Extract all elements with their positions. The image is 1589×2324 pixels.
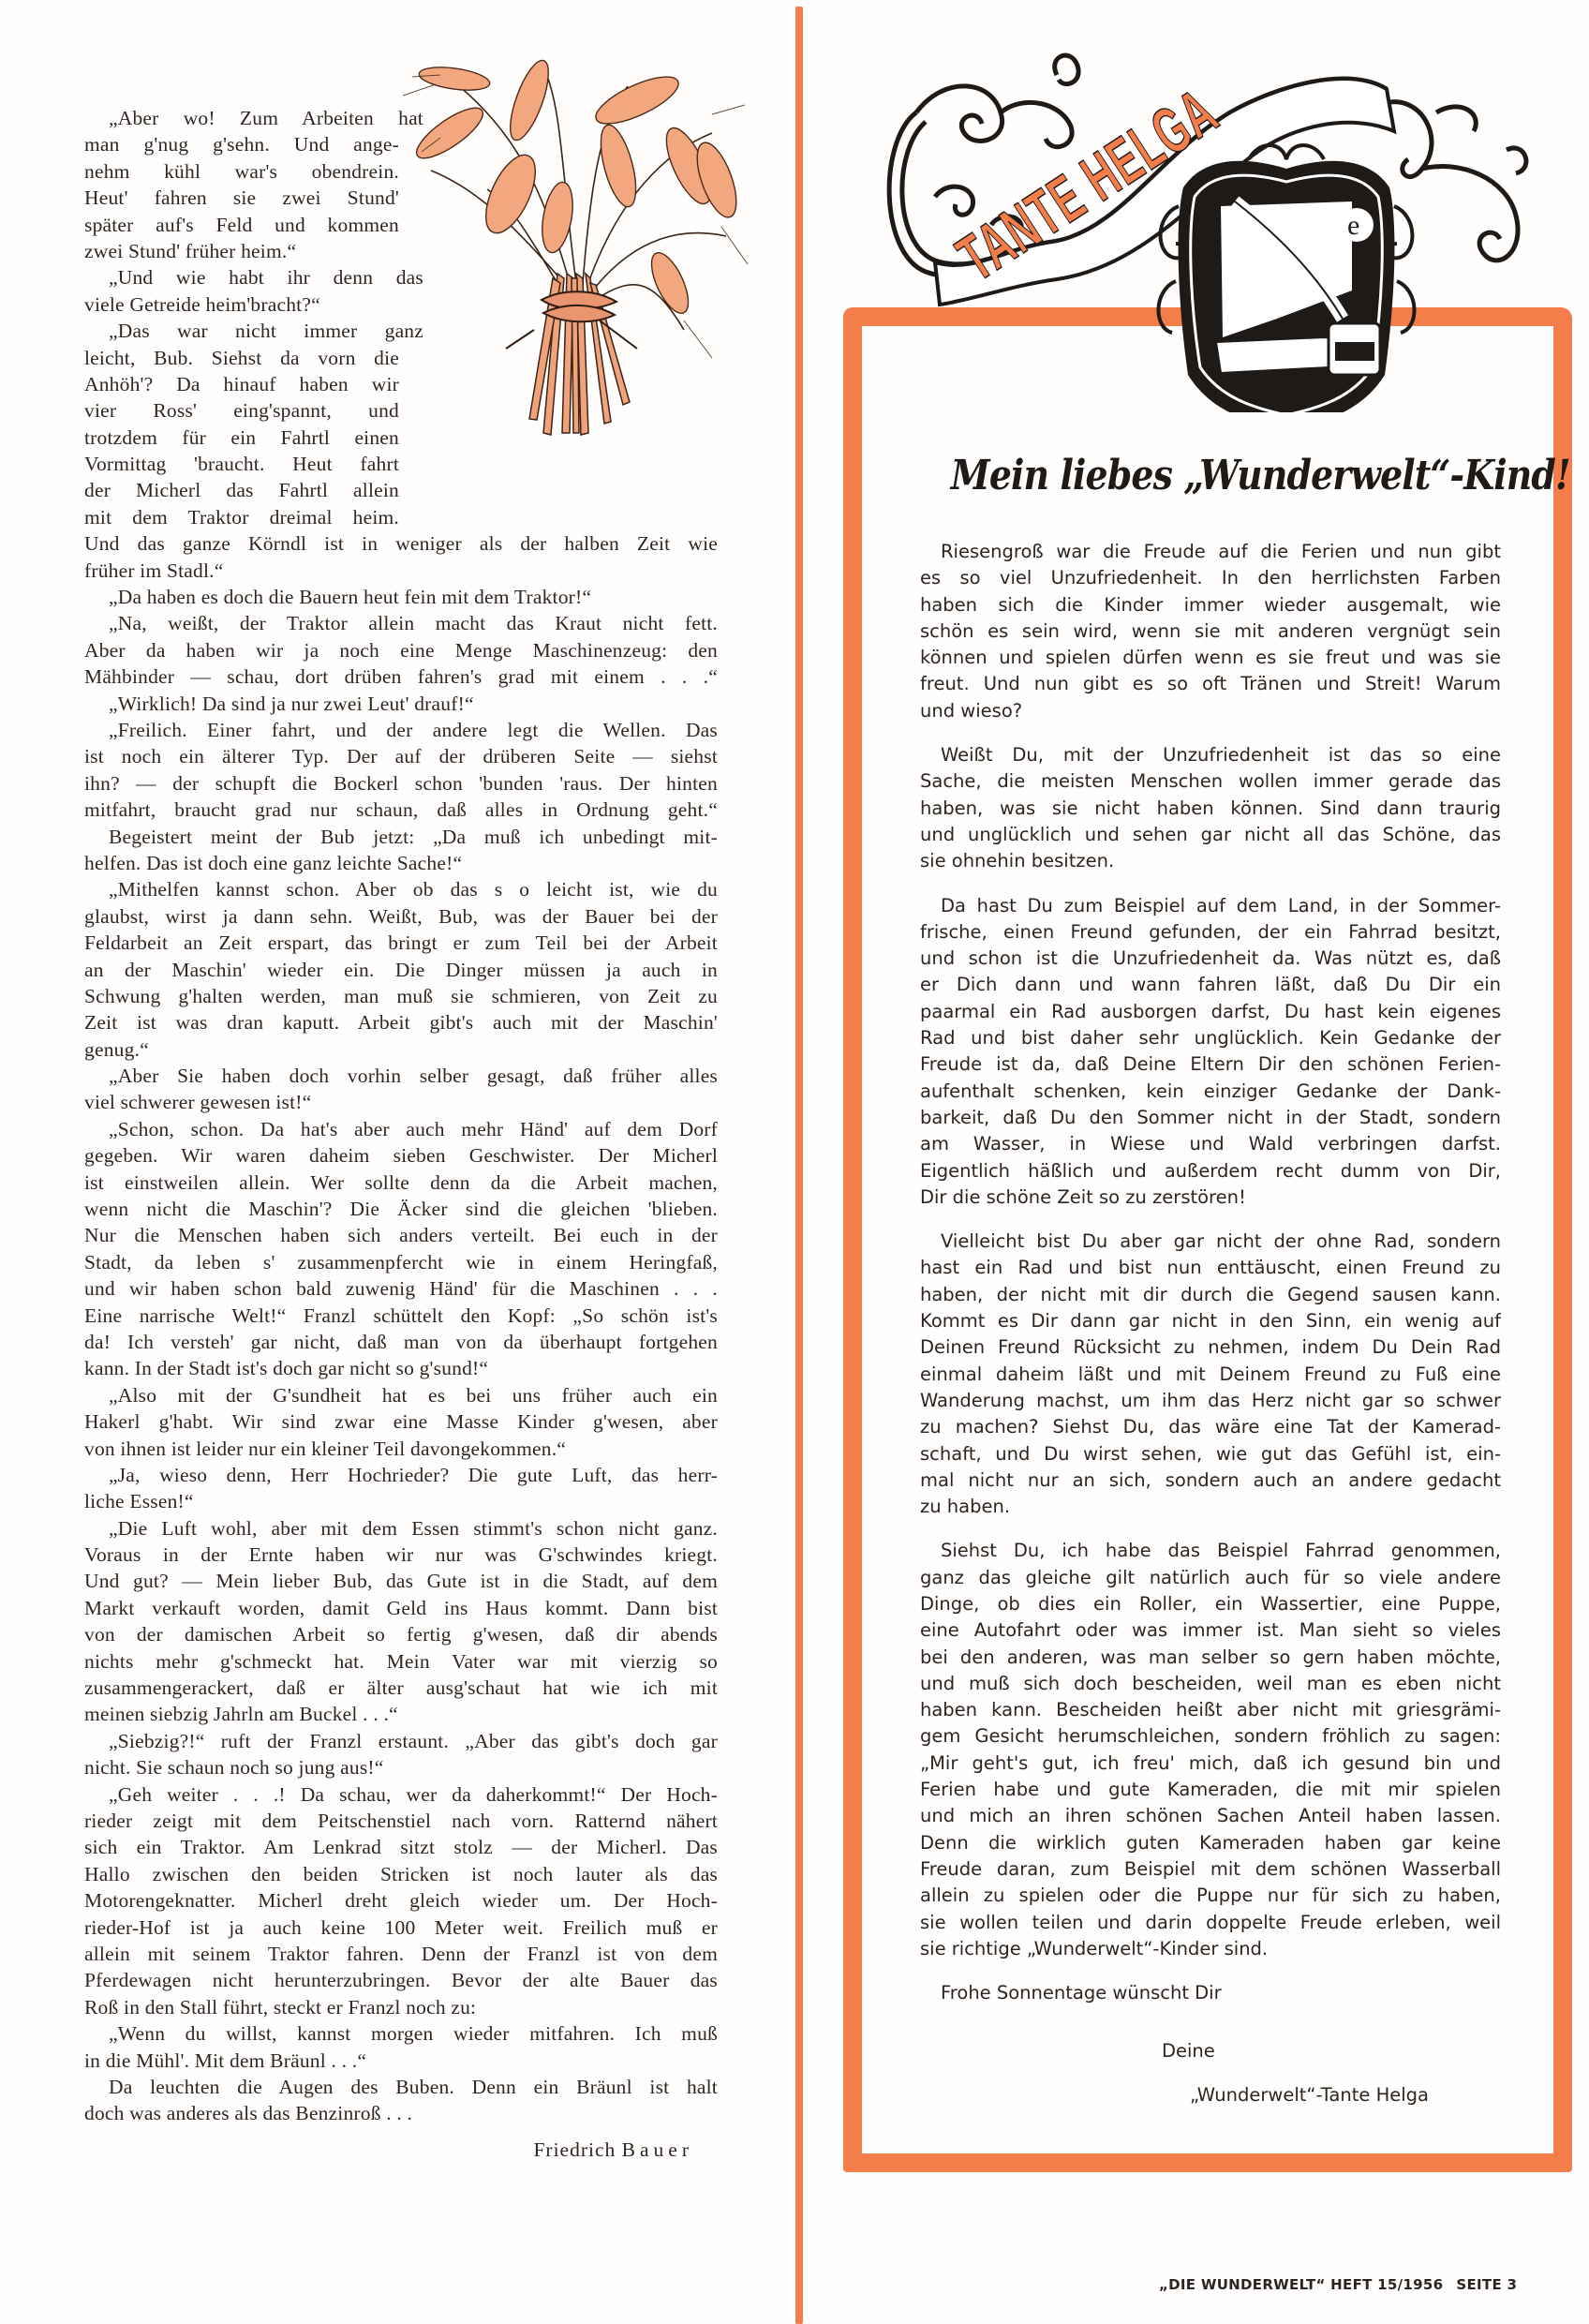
story-line: Hakerl g'habt. Wir sind zwar eine Masse …: [84, 1408, 718, 1435]
letter-line: einmal daheim läßt und mit Deinem Freund…: [920, 1362, 1501, 1388]
letter-line: Deinen Freund Rücksicht zu nehmen, indem…: [920, 1334, 1501, 1361]
story-line: „Die Luft wohl, aber mit dem Essen stimm…: [84, 1515, 718, 1542]
story-line: „Schon, schon. Da hat's aber auch mehr H…: [84, 1116, 718, 1142]
story-line: da! Ich versteh' gar nicht, daß man von …: [84, 1329, 718, 1355]
letter-line: können und spielen dürfen wenn es sie fr…: [920, 645, 1501, 671]
letter-deine: Deine: [920, 2038, 1501, 2064]
letter-line: sie richtige „Wunderwelt“-Kinder sind.: [920, 1936, 1501, 1962]
letter-line: aufenthalt schenken, kein einziger Gedan…: [920, 1079, 1501, 1105]
story-line: an der Maschin' wieder ein. Die Dinger m…: [84, 957, 718, 983]
story-line: ist einstweilen allein. Wer sollte denn …: [84, 1169, 718, 1196]
story-line: Roß in den Stall führt, steckt er Franzl…: [84, 1994, 718, 2020]
story-line: nichts mehr g'schmeckt hat. Mein Vater w…: [84, 1648, 718, 1675]
letter-line: er Dich dann und wann fahren läßt, daß D…: [920, 972, 1501, 998]
letter-body: Riesengroß war die Freude auf die Ferien…: [920, 539, 1501, 2108]
story-line: „Ja, wieso denn, Herr Hochrieder? Die gu…: [84, 1462, 718, 1488]
story-line: nicht. Sie schaun noch so jung aus!“: [84, 1754, 718, 1780]
story-line: der Micherl das Fahrtl allein: [84, 477, 399, 503]
story-line: Stadt, da leben s' zusammenpfercht wie i…: [84, 1249, 718, 1275]
letter-line: zu haben.: [920, 1494, 1501, 1520]
story-line: man g'nug g'sehn. Und ange-: [84, 131, 399, 157]
story-line: mit dem Traktor dreimal heim.: [84, 504, 399, 530]
story-line: leicht, Bub. Siehst da vorn die: [84, 345, 399, 371]
letter-line: barkeit, daß Du den Sommer nicht in der …: [920, 1105, 1501, 1131]
story-line: sich ein Traktor. Am Lenkrad sitzt stolz…: [84, 1834, 718, 1860]
letter-line: hast ein Rad und bist nun enttäuscht, ei…: [920, 1255, 1501, 1281]
letter-line: bei den anderen, was man selber so gern …: [920, 1645, 1501, 1671]
story-line: Da leuchten die Augen des Buben. Denn ei…: [84, 2074, 718, 2100]
letter-line: Riesengroß war die Freude auf die Ferien…: [920, 539, 1501, 565]
letter-line: am Wasser, in Wiese und Wald verbringen …: [920, 1131, 1501, 1157]
story-line: Anhöh'? Da hinauf haben wir: [84, 371, 399, 397]
story-line: Feldarbeit an Zeit erspart, das bringt e…: [84, 930, 718, 956]
letter-paragraph: Vielleicht bist Du aber gar nicht der oh…: [920, 1229, 1501, 1520]
letter-line: haben, was sie nicht haben können. Sind …: [920, 796, 1501, 822]
story-line: früher im Stadl.“: [84, 558, 718, 584]
letter-line: Dinge, ob dies ein Roller, ein Wassertie…: [920, 1591, 1501, 1617]
letter-line: Ferien habe und gute Kameraden, die mit …: [920, 1777, 1501, 1803]
letter-line: Dir die schöne Zeit so zu zerstören!: [920, 1184, 1501, 1211]
letter-line: sie wollen teilen und darin doppelte Fre…: [920, 1910, 1501, 1936]
story-line: viel schwerer gewesen ist!“: [84, 1089, 718, 1115]
story-line: gegeben. Wir waren daheim sieben Geschwi…: [84, 1142, 718, 1169]
letter-line: Da hast Du zum Beispiel auf dem Land, in…: [920, 893, 1501, 919]
story-line: ist noch ein älterer Typ. Der auf der dr…: [84, 743, 718, 769]
story-line: „Aber Sie haben doch vorhin selber gesag…: [84, 1063, 718, 1089]
story-line: rieder-Hof ist ja auch keine 100 Meter w…: [84, 1914, 718, 1941]
story-line: zwei Stund' früher heim.“: [84, 238, 399, 264]
story-line: Heut' fahren sie zwei Stund': [84, 185, 399, 211]
letter-closing: Frohe Sonnentage wünscht Dir: [920, 1980, 1501, 2006]
author-first-name: Friedrich: [533, 2138, 616, 2161]
story-line: und wir haben schon bald zuwenig Händ' f…: [84, 1275, 718, 1302]
story-line: Und das ganze Körndl ist in weniger als …: [84, 530, 718, 557]
story-line: Schwung g'halten werden, man muß sie sch…: [84, 983, 718, 1009]
letter-line: Kommt es Dir dann gar nicht in den Sinn,…: [920, 1308, 1501, 1334]
letter-paragraph: Da hast Du zum Beispiel auf dem Land, in…: [920, 893, 1501, 1212]
letter-line: Rad und bist daher sehr unglücklich. Kei…: [920, 1025, 1501, 1051]
letter-line: freut. Und nun gibt es so oft Tränen und…: [920, 671, 1501, 697]
story-line: Hallo zwischen den beiden Stricken ist n…: [84, 1861, 718, 1887]
publication-info: „DIE WUNDERWELT“ HEFT 15/1956: [1159, 2276, 1443, 2293]
story-line: kann. In der Stadt ist's doch gar nicht …: [84, 1355, 718, 1381]
letter-line: gem Gesicht herumschleichen, sondern frö…: [920, 1723, 1501, 1750]
story-line: meinen siebzig Jahrln am Buckel . . .“: [84, 1701, 718, 1727]
magazine-page: „Aber wo! Zum Arbeiten hatman g'nug g'se…: [0, 0, 1589, 2324]
letter-line: frische, einen Freund gefunden, der ein …: [920, 919, 1501, 946]
letter-line: Freude daran, zum Beispiel mit dem schön…: [920, 1856, 1501, 1883]
letter-line: Siehst Du, ich habe das Beispiel Fahrrad…: [920, 1538, 1501, 1564]
story-line: Mähbinder — schau, dort drüben fahren's …: [84, 663, 718, 690]
author-last-name: Bauer: [622, 2138, 693, 2161]
letter-line: und muß sich doch bescheiden, weil man e…: [920, 1671, 1501, 1697]
story-line: „Freilich. Einer fahrt, und der andere l…: [84, 717, 718, 743]
letter-line: haben sich die Kinder immer wieder ausge…: [920, 592, 1501, 618]
letter-line: und schon ist die Unzufriedenheit da. Wa…: [920, 946, 1501, 972]
letter-line: Eigentlich häßlich und außerdem recht du…: [920, 1158, 1501, 1184]
story-line: von der damischen Arbeit so fertig g'wes…: [84, 1621, 718, 1647]
story-line: viele Getreide heim'bracht?“: [84, 291, 399, 318]
letter-line: „Mir geht's gut, ich freu' mich, daß ich…: [920, 1750, 1501, 1777]
story-line: liche Essen!“: [84, 1488, 718, 1514]
letter-line: sie ohnehin besitzen.: [920, 848, 1501, 874]
letter-line: Weißt Du, mit der Unzufriedenheit ist da…: [920, 742, 1501, 768]
story-line: von ihnen ist leider nur ein kleiner Tei…: [84, 1436, 718, 1462]
letter-line: schaft, und Du wirst sehen, wie gut das …: [920, 1441, 1501, 1467]
letter-paragraph: Siehst Du, ich habe das Beispiel Fahrrad…: [920, 1538, 1501, 1962]
letter-line: ganz das gleiche gilt natürlich auch für…: [920, 1565, 1501, 1591]
story-line: „Mithelfen kannst schon. Aber ob das s o…: [84, 876, 718, 902]
story-line: „Geh weiter . . .! Da schau, wer da dahe…: [84, 1781, 718, 1808]
letter-line: haben, der nicht mit dir durch die Gegen…: [920, 1282, 1501, 1308]
letter-line: zu machen? Siehst Du, das wäre eine Tat …: [920, 1414, 1501, 1440]
story-line: zusammengerackert, daß er älter ausg'sch…: [84, 1675, 718, 1701]
story-line: Zeit ist was dran kaputt. Arbeit gibt's …: [84, 1009, 718, 1035]
letter-line: Wanderung machst, um ihm das Herz nicht …: [920, 1388, 1501, 1414]
story-line: Motorengeknatter. Micherl dreht gleich w…: [84, 1887, 718, 1914]
story-line: wenn nicht die Maschin'? Die Äcker sind …: [84, 1196, 718, 1222]
story-line: „Aber wo! Zum Arbeiten hat: [84, 105, 423, 131]
letter-line: und wieso?: [920, 698, 1501, 724]
story-line: mitfahrt, braucht grad nur schaun, daß a…: [84, 797, 718, 823]
page-number: SEITE 3: [1456, 2276, 1517, 2293]
story-line: genug.“: [84, 1036, 718, 1063]
letter-line: allein zu spielen oder die Puppe nur für…: [920, 1883, 1501, 1909]
story-line: vier Ross' eing'spannt, und: [84, 397, 399, 424]
story-line: Vormittag 'braucht. Heut fahrt: [84, 451, 399, 477]
letter-line: und unglücklich und sehen gar nicht all …: [920, 822, 1501, 848]
letter-line: es so viel Unzufriedenheit. In den herrl…: [920, 565, 1501, 591]
letter-paragraph: Weißt Du, mit der Unzufriedenheit ist da…: [920, 742, 1501, 874]
letter-line: eine Autofahrt oder was immer ist. Man s…: [920, 1617, 1501, 1644]
story-line: „Das war nicht immer ganz: [84, 318, 423, 344]
letter-line: Denn die wirklich guten Kameraden haben …: [920, 1830, 1501, 1856]
story-line: Markt verkauft worden, damit Geld ins Ha…: [84, 1595, 718, 1621]
story-line: Pferdewagen nicht herunterzubringen. Bev…: [84, 1967, 718, 1993]
letter-line: paarmal ein Rad ausborgen darfst, Du has…: [920, 999, 1501, 1025]
letter-line: mal nicht nur an sich, sondern auch an a…: [920, 1467, 1501, 1494]
story-line: Voraus in der Ernte haben wir nur was G'…: [84, 1542, 718, 1568]
page-footer: „DIE WUNDERWELT“ HEFT 15/1956SEITE 3: [1159, 2276, 1517, 2293]
story-line: helfen. Das ist doch eine ganz leichte S…: [84, 850, 718, 876]
svg-text:e: e: [1347, 210, 1359, 241]
story-line: trotzdem für ein Fahrtl einen: [84, 425, 399, 451]
letter-line: schön es sein wird, wenn sie mit anderen…: [920, 618, 1501, 645]
story-line: doch was anderes als das Benzinroß . . .: [84, 2100, 718, 2126]
wheat-sheaf-icon: [403, 49, 750, 442]
letter-signature: „Wunderwelt“-Tante Helga: [920, 2082, 1501, 2108]
story-line: „Siebzig?!“ ruft der Franzl erstaunt. „A…: [84, 1728, 718, 1754]
story-line: „Da haben es doch die Bauern heut fein m…: [84, 584, 718, 610]
story-line: in die Mühl'. Mit dem Bräunl . . .“: [84, 2048, 718, 2074]
story-line: Begeistert meint der Bub jetzt: „Da muß …: [84, 824, 718, 850]
story-line: rieder zeigt mit dem Peitschenstiel nach…: [84, 1808, 718, 1834]
letter-line: und mich an ihren schönen Sachen Anteil …: [920, 1803, 1501, 1829]
story-line: glaubst, wirst ja dann sehn. Weißt, Bub,…: [84, 903, 718, 930]
column-separator: [795, 7, 803, 2324]
letter-title: Mein liebes „Wunderwelt“-Kind!: [951, 452, 1466, 499]
letter-line: haben kann. Bescheiden heißt aber nicht …: [920, 1697, 1501, 1723]
story-line: Eine narrische Welt!“ Franzl schüttelt d…: [84, 1303, 718, 1329]
story-line: „Wenn du willst, kannst morgen wieder mi…: [84, 2020, 718, 2047]
story-line: ihn? — der schupft die Bockerl schon 'bu…: [84, 770, 718, 797]
story-line: „Na, weißt, der Traktor allein macht das…: [84, 610, 718, 636]
tante-helga-emblem: TANTE HELGA e: [860, 37, 1574, 412]
story-author: Friedrich Bauer: [84, 2137, 718, 2163]
story-line: allein mit seinem Traktor fahren. Denn d…: [84, 1941, 718, 1967]
letter-paragraphs: Riesengroß war die Freude auf die Ferien…: [920, 539, 1501, 1962]
letter-line: Freude ist da, daß Deine Eltern Dir den …: [920, 1051, 1501, 1078]
letter-line: Vielleicht bist Du aber gar nicht der oh…: [920, 1229, 1501, 1255]
story-line: Nur die Menschen haben sich anders verte…: [84, 1222, 718, 1248]
letter-paragraph: Riesengroß war die Freude auf die Ferien…: [920, 539, 1501, 724]
story-line: nehm kühl war's obendrein.: [84, 158, 399, 185]
story-line: „Wirklich! Da sind ja nur zwei Leut' dra…: [84, 691, 718, 717]
story-line: später auf's Feld und kommen: [84, 212, 399, 238]
story-line: Und gut? — Mein lieber Bub, das Gute ist…: [84, 1568, 718, 1594]
story-line: „Und wie habt ihr denn das: [84, 264, 423, 290]
story-line: Aber da haben wir ja noch eine Menge Mas…: [84, 637, 718, 663]
story-line: „Also mit der G'sundheit hat es bei uns …: [84, 1382, 718, 1408]
letter-line: Sache, die meisten Menschen wollen immer…: [920, 768, 1501, 795]
